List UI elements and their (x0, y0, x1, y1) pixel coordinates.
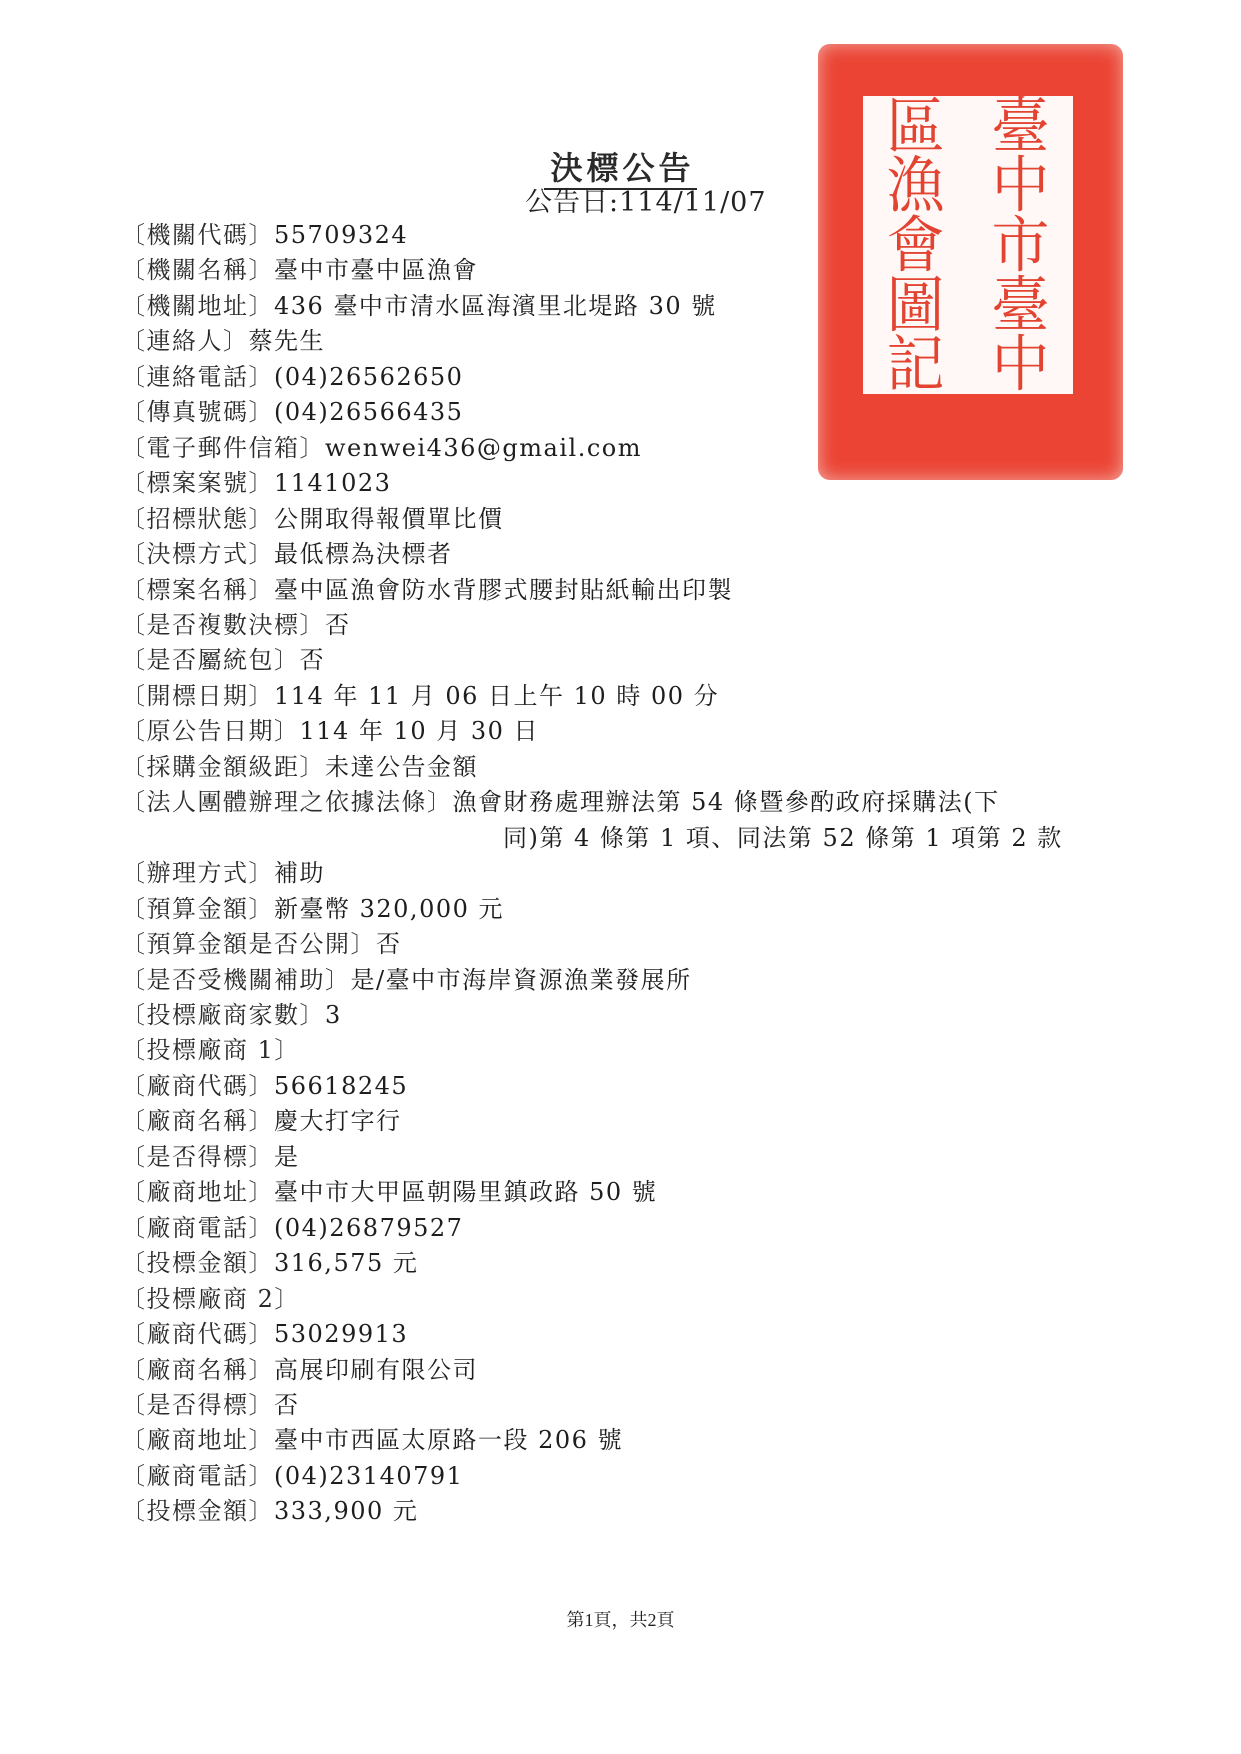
field-value: (04)26879527 (274, 1214, 463, 1242)
field-amount-tier: 採購金額級距未達公告金額 (133, 750, 1123, 785)
field-label: 預算金額是否公開 (133, 930, 376, 958)
field-value: 333,900 元 (274, 1497, 418, 1525)
field-label: 是否得標 (133, 1143, 274, 1171)
field-label: 辦理方式 (133, 859, 274, 887)
field-label: 投標廠商家數 (133, 1001, 325, 1029)
field-value: 慶大打字行 (274, 1107, 402, 1135)
seal-char: 中 (991, 155, 1049, 216)
field-value: 臺中區漁會防水背膠式腰封貼紙輸出印製 (274, 576, 733, 604)
bidder-header-label: 投標廠商 1 (133, 1036, 300, 1064)
seal-char: 臺 (991, 95, 1049, 156)
field-agency-name: 機關名稱臺中市臺中區漁會 (133, 253, 1123, 288)
field-bidder-count: 投標廠商家數3 (133, 998, 1123, 1033)
field-label: 連絡人 (133, 327, 249, 355)
field-label: 廠商地址 (133, 1426, 274, 1454)
field-label: 原公告日期 (133, 717, 300, 745)
field-value: 是 (274, 1143, 300, 1171)
field-label: 廠商電話 (133, 1214, 274, 1242)
field-handling-method: 辦理方式補助 (133, 856, 1123, 891)
field-label: 廠商電話 (133, 1462, 274, 1490)
field-legal-basis-continuation: 同)第 4 條第 1 項、同法第 52 條第 1 項第 2 款 (133, 821, 1123, 856)
field-legal-basis: 法人團體辦理之依據法條漁會財務處理辦法第 54 條暨參酌政府採購法(下 (133, 785, 1123, 820)
field-value: 最低標為決標者 (274, 540, 453, 568)
field-label: 廠商名稱 (133, 1356, 274, 1384)
field-value: (04)23140791 (274, 1462, 463, 1490)
seal-char: 區 (886, 95, 944, 156)
field-value: 114 年 11 月 06 日上午 10 時 00 分 (274, 682, 719, 710)
field-label: 法人團體辦理之依據法條 (133, 788, 453, 816)
field-value: 補助 (274, 859, 325, 887)
field-subsidized: 是否受機關補助是/臺中市海岸資源漁業發展所 (133, 963, 1123, 998)
field-label: 預算金額 (133, 895, 274, 923)
field-value: 56618245 (274, 1072, 408, 1100)
field-turnkey: 是否屬統包否 (133, 643, 1123, 678)
bidder-2-header: 投標廠商 2 (133, 1282, 1123, 1317)
bidder-1-name: 廠商名稱慶大打字行 (133, 1104, 1123, 1139)
field-value: 否 (376, 930, 402, 958)
field-label: 傳真號碼 (133, 398, 274, 426)
field-value: 1141023 (274, 469, 391, 497)
field-label: 是否得標 (133, 1391, 274, 1419)
field-value: 436 臺中市清水區海濱里北堤路 30 號 (274, 292, 717, 320)
bidder-1-address: 廠商地址臺中市大甲區朝陽里鎮政路 50 號 (133, 1175, 1123, 1210)
bidder-2-awarded: 是否得標否 (133, 1388, 1123, 1423)
field-label: 標案名稱 (133, 576, 274, 604)
field-value: 蔡先生 (249, 327, 326, 355)
field-label: 開標日期 (133, 682, 274, 710)
field-label: 機關名稱 (133, 256, 274, 284)
field-label: 決標方式 (133, 540, 274, 568)
field-value: 臺中市臺中區漁會 (274, 256, 478, 284)
field-label: 廠商代碼 (133, 1072, 274, 1100)
field-email: 電子郵件信箱wenwei436@gmail.com (133, 431, 1123, 466)
bidder-1-awarded: 是否得標是 (133, 1140, 1123, 1175)
field-value: (04)26562650 (274, 363, 463, 391)
field-budget: 預算金額新臺幣 320,000 元 (133, 892, 1123, 927)
field-budget-public: 預算金額是否公開否 (133, 927, 1123, 962)
field-value: 3 (325, 1001, 342, 1029)
field-multiple-award: 是否複數決標否 (133, 608, 1123, 643)
field-label: 是否受機關補助 (133, 966, 351, 994)
field-value: 否 (274, 1391, 300, 1419)
field-label: 招標狀態 (133, 505, 274, 533)
field-value: 316,575 元 (274, 1249, 418, 1277)
bidder-2-name: 廠商名稱高展印刷有限公司 (133, 1353, 1123, 1388)
field-fax: 傳真號碼(04)26566435 (133, 395, 1123, 430)
bidder-2-phone: 廠商電話(04)23140791 (133, 1459, 1123, 1494)
field-value: 臺中市大甲區朝陽里鎮政路 50 號 (274, 1178, 657, 1206)
field-value: 未達公告金額 (325, 753, 478, 781)
field-value: (04)26566435 (274, 398, 463, 426)
field-label: 廠商名稱 (133, 1107, 274, 1135)
field-value: 55709324 (274, 221, 408, 249)
bidder-1-amount: 投標金額316,575 元 (133, 1246, 1123, 1281)
field-value: 114 年 10 月 30 日 (300, 717, 540, 745)
seal-char: 漁 (886, 155, 944, 216)
field-value: wenwei436@gmail.com (325, 434, 642, 462)
field-value: 新臺幣 320,000 元 (274, 895, 504, 923)
field-label: 投標金額 (133, 1497, 274, 1525)
field-contact-phone: 連絡電話(04)26562650 (133, 360, 1123, 395)
field-agency-address: 機關地址436 臺中市清水區海濱里北堤路 30 號 (133, 289, 1123, 324)
announcement-fields: 機關代碼55709324 機關名稱臺中市臺中區漁會 機關地址436 臺中市清水區… (133, 218, 1123, 1530)
field-value: 否 (300, 646, 326, 674)
field-value: 漁會財務處理辦法第 54 條暨參酌政府採購法(下 (453, 788, 1000, 816)
bidder-2-code: 廠商代碼53029913 (133, 1317, 1123, 1352)
bidder-1-code: 廠商代碼56618245 (133, 1069, 1123, 1104)
field-value: 否 (325, 611, 351, 639)
field-label: 是否複數決標 (133, 611, 325, 639)
field-label: 標案案號 (133, 469, 274, 497)
field-value: 高展印刷有限公司 (274, 1356, 478, 1384)
page-number: 第1頁，共2頁 (0, 1606, 1241, 1632)
field-award-method: 決標方式最低標為決標者 (133, 537, 1123, 572)
bidder-header-label: 投標廠商 2 (133, 1285, 300, 1313)
bidder-2-amount: 投標金額333,900 元 (133, 1494, 1123, 1529)
field-label: 廠商代碼 (133, 1320, 274, 1348)
field-label: 投標金額 (133, 1249, 274, 1277)
field-value: 是/臺中市海岸資源漁業發展所 (351, 966, 692, 994)
field-contact-person: 連絡人蔡先生 (133, 324, 1123, 359)
field-label: 機關代碼 (133, 221, 274, 249)
field-label: 連絡電話 (133, 363, 274, 391)
bidder-1-header: 投標廠商 1 (133, 1033, 1123, 1068)
bidder-2-address: 廠商地址臺中市西區太原路一段 206 號 (133, 1423, 1123, 1458)
bidder-1-phone: 廠商電話(04)26879527 (133, 1211, 1123, 1246)
field-label: 是否屬統包 (133, 646, 300, 674)
field-case-number: 標案案號1141023 (133, 466, 1123, 501)
field-opening-date: 開標日期114 年 11 月 06 日上午 10 時 00 分 (133, 679, 1123, 714)
field-value: 公開取得報價單比價 (274, 505, 504, 533)
publish-date: 公告日:114/11/07 (525, 180, 767, 219)
field-original-announce-date: 原公告日期114 年 10 月 30 日 (133, 714, 1123, 749)
field-label: 採購金額級距 (133, 753, 325, 781)
field-case-name: 標案名稱臺中區漁會防水背膠式腰封貼紙輸出印製 (133, 573, 1123, 608)
field-value: 53029913 (274, 1320, 408, 1348)
field-label: 機關地址 (133, 292, 274, 320)
field-tender-status: 招標狀態公開取得報價單比價 (133, 502, 1123, 537)
field-agency-code: 機關代碼55709324 (133, 218, 1123, 253)
field-label: 廠商地址 (133, 1178, 274, 1206)
field-value: 臺中市西區太原路一段 206 號 (274, 1426, 623, 1454)
field-label: 電子郵件信箱 (133, 434, 325, 462)
